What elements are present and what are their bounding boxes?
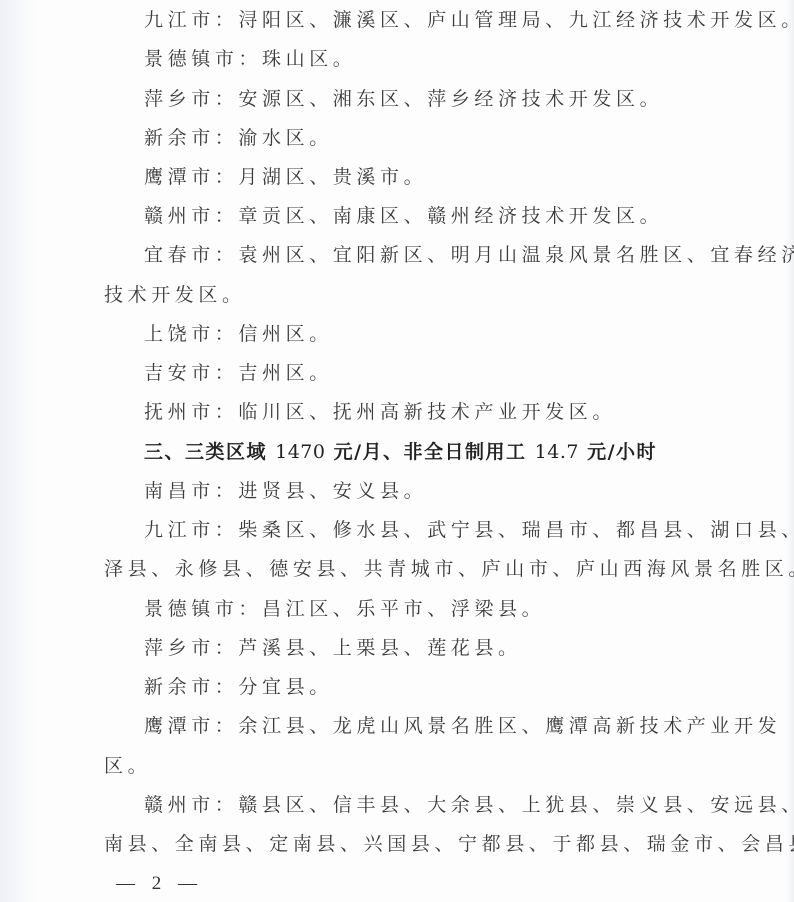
region-line-fuzhou: 抚州市：临川区、抚州高新技术产业开发区。 [144,401,616,423]
section-heading-class-three: 三、三类区域 1470 元/月、非全日制用工 14.7 元/小时 [144,441,657,463]
region-line-yingtan-3-cont: 区。 [104,755,151,777]
region-line-jiujiang-3-cont: 泽县、永修县、德安县、共青城市、庐山市、庐山西海风景名胜区。 [104,558,794,580]
region-line-xinyu: 新余市：渝水区。 [144,127,333,149]
region-line-ganzhou: 赣州市：章贡区、南康区、赣州经济技术开发区。 [144,205,663,227]
scan-edge-shadow [0,0,36,902]
heading-prefix: 三、三类区域 [144,441,275,463]
hourly-wage-amount: 14.7 [535,441,579,463]
region-line-shangrao: 上饶市：信州区。 [144,323,333,345]
region-line-jiujiang: 九江市：浔阳区、濂溪区、庐山管理局、九江经济技术开发区。 [144,9,794,31]
region-line-ganzhou-3: 赣州市：赣县区、信丰县、大余县、上犹县、崇义县、安远县、龙 [144,794,794,816]
region-line-jingdezhen-3: 景德镇市：昌江区、乐平市、浮梁县。 [144,598,545,620]
region-line-ganzhou-3-cont: 南县、全南县、定南县、兴国县、宁都县、于都县、瑞金市、会昌县、寻 [104,833,794,855]
hourly-wage-unit: 元/小时 [579,441,657,463]
page-number: — 2 — [116,873,203,895]
region-line-yingtan-3: 鹰潭市：余江县、龙虎山风景名胜区、鹰潭高新技术产业开发 [144,715,781,737]
monthly-wage-amount: 1470 [275,441,325,463]
region-line-jian: 吉安市：吉州区。 [144,362,333,384]
scan-edge-shadow-right [786,0,794,902]
monthly-wage-unit: 元/月、非全日制用工 [325,441,534,463]
region-line-jingdezhen: 景德镇市：珠山区。 [144,48,356,70]
region-line-jiujiang-3: 九江市：柴桑区、修水县、武宁县、瑞昌市、都昌县、湖口县、彭 [144,519,794,541]
region-line-xinyu-3: 新余市：分宜县。 [144,676,333,698]
region-line-nanchang: 南昌市：进贤县、安义县。 [144,480,427,502]
region-line-pingxiang-3: 萍乡市：芦溪县、上栗县、莲花县。 [144,637,522,659]
region-line-yichun: 宜春市：袁州区、宜阳新区、明月山温泉风景名胜区、宜春经济 [144,244,794,266]
region-line-yichun-cont: 技术开发区。 [104,284,246,306]
region-line-pingxiang: 萍乡市：安源区、湘东区、萍乡经济技术开发区。 [144,88,663,110]
region-line-yingtan: 鹰潭市：月湖区、贵溪市。 [144,166,427,188]
